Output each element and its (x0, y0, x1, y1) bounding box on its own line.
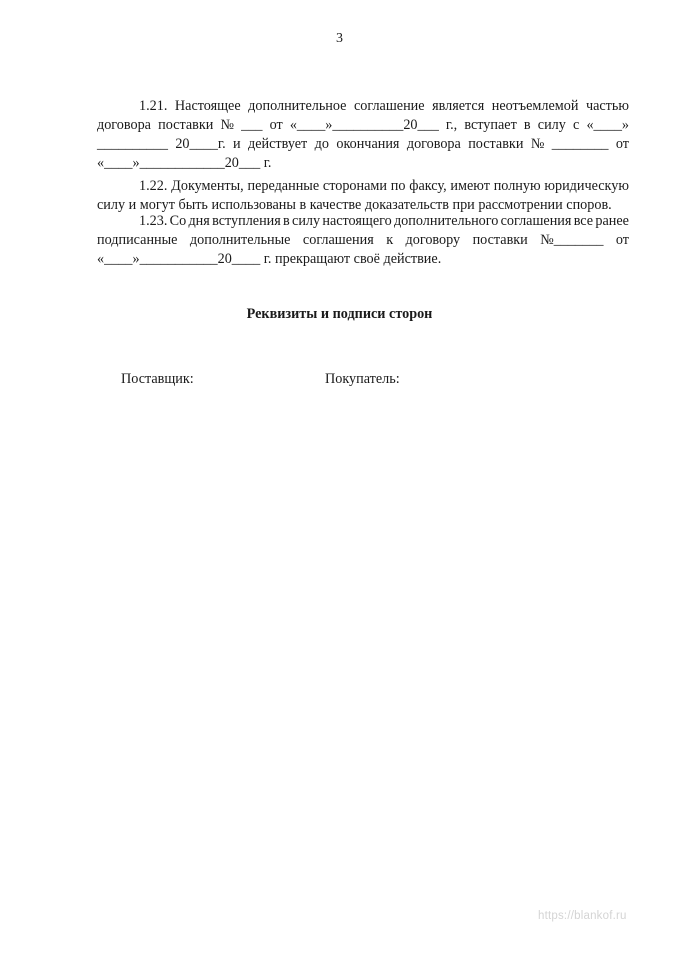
text-word: № (220, 116, 234, 135)
text-word: ________ (552, 135, 609, 154)
text-word: неотъемлемой (492, 97, 579, 116)
clause-1-23: 1.23.Соднявступлениявсилунастоящегодопол… (97, 212, 629, 269)
buyer-label: Покупатель: (325, 370, 400, 388)
text-word: подписанные (97, 231, 177, 250)
watermark-link: https://blankof.ru (538, 910, 627, 922)
text-word: Со (170, 212, 187, 231)
text-word: дополнительное (248, 97, 346, 116)
text-word: 1.23. (139, 212, 167, 231)
text-word: 20____г. (175, 135, 225, 154)
text-word: поставки (158, 116, 213, 135)
text-word: ___ (241, 116, 262, 135)
text-span: «____»____________20___ г. (97, 154, 271, 173)
text-word: с (573, 116, 579, 135)
text-word: настоящего (322, 212, 391, 231)
text-word: силу (292, 212, 320, 231)
text-word: факсу, (409, 177, 446, 196)
text-line: 1.23.Соднявступлениявсилунастоящегодопол… (97, 212, 629, 231)
text-word: силу (538, 116, 566, 135)
section-title-requisites: Реквизиты и подписи сторон (0, 305, 679, 323)
text-word: в (524, 116, 531, 135)
text-word: поставки (468, 135, 523, 154)
text-word: №_______ (540, 231, 603, 250)
text-word: соглашение (354, 97, 425, 116)
text-word: действует (248, 135, 307, 154)
text-line: «____»___________20____ г. прекращают св… (97, 250, 629, 269)
text-word: поставки (473, 231, 528, 250)
text-word: вступления (212, 212, 281, 231)
text-word: окончания (336, 135, 399, 154)
clause-1-21: 1.21.Настоящеедополнительноесоглашениеяв… (97, 97, 629, 173)
text-line: __________20____г.идействуетдоокончанияд… (97, 135, 629, 154)
text-word: 1.21. (139, 97, 167, 116)
text-word: от (616, 231, 629, 250)
text-word: сторонами (323, 177, 387, 196)
text-line: 1.21.Настоящеедополнительноесоглашениеяв… (97, 97, 629, 116)
text-word: юридическую (544, 177, 629, 196)
text-word: в (283, 212, 290, 231)
text-word: Настоящее (175, 97, 241, 116)
text-word: ранее (595, 212, 629, 231)
text-word: Документы, (171, 177, 244, 196)
text-word: договору (406, 231, 461, 250)
text-word: «____» (586, 116, 629, 135)
text-word: 1.22. (139, 177, 167, 196)
text-word: полную (494, 177, 541, 196)
text-word: переданные (248, 177, 320, 196)
clause-1-22: 1.22.Документы,переданныесторонамипофакс… (97, 177, 629, 215)
text-word: частью (586, 97, 629, 116)
text-word: является (432, 97, 484, 116)
text-word: договора (407, 135, 461, 154)
page-number: 3 (0, 31, 679, 47)
text-word: соглашения (501, 212, 572, 231)
text-word: от (616, 135, 629, 154)
text-word: имеют (450, 177, 489, 196)
text-word: по (391, 177, 406, 196)
text-line: «____»____________20___ г. (97, 154, 629, 173)
text-word: __________ (97, 135, 168, 154)
text-word: вступает (464, 116, 516, 135)
text-word: дополнительного (394, 212, 498, 231)
text-word: к (386, 231, 393, 250)
text-word: дополнительные (190, 231, 291, 250)
text-word: до (315, 135, 329, 154)
text-word: № (531, 135, 545, 154)
text-word: от (270, 116, 283, 135)
document-page: 3 1.21.Настоящеедополнительноесоглашение… (0, 0, 679, 960)
text-word: «____»__________20___ (290, 116, 439, 135)
text-line: подписанныедополнительныесоглашениякдого… (97, 231, 629, 250)
text-word: г., (446, 116, 457, 135)
text-word: договора (97, 116, 151, 135)
text-word: соглашения (303, 231, 374, 250)
supplier-label: Поставщик: (121, 370, 194, 388)
text-span: «____»___________20____ г. прекращают св… (97, 250, 441, 269)
text-word: и (233, 135, 241, 154)
text-word: все (574, 212, 593, 231)
text-line: договорапоставки№___от«____»__________20… (97, 116, 629, 135)
text-line: 1.22.Документы,переданныесторонамипофакс… (97, 177, 629, 196)
text-word: дня (188, 212, 209, 231)
